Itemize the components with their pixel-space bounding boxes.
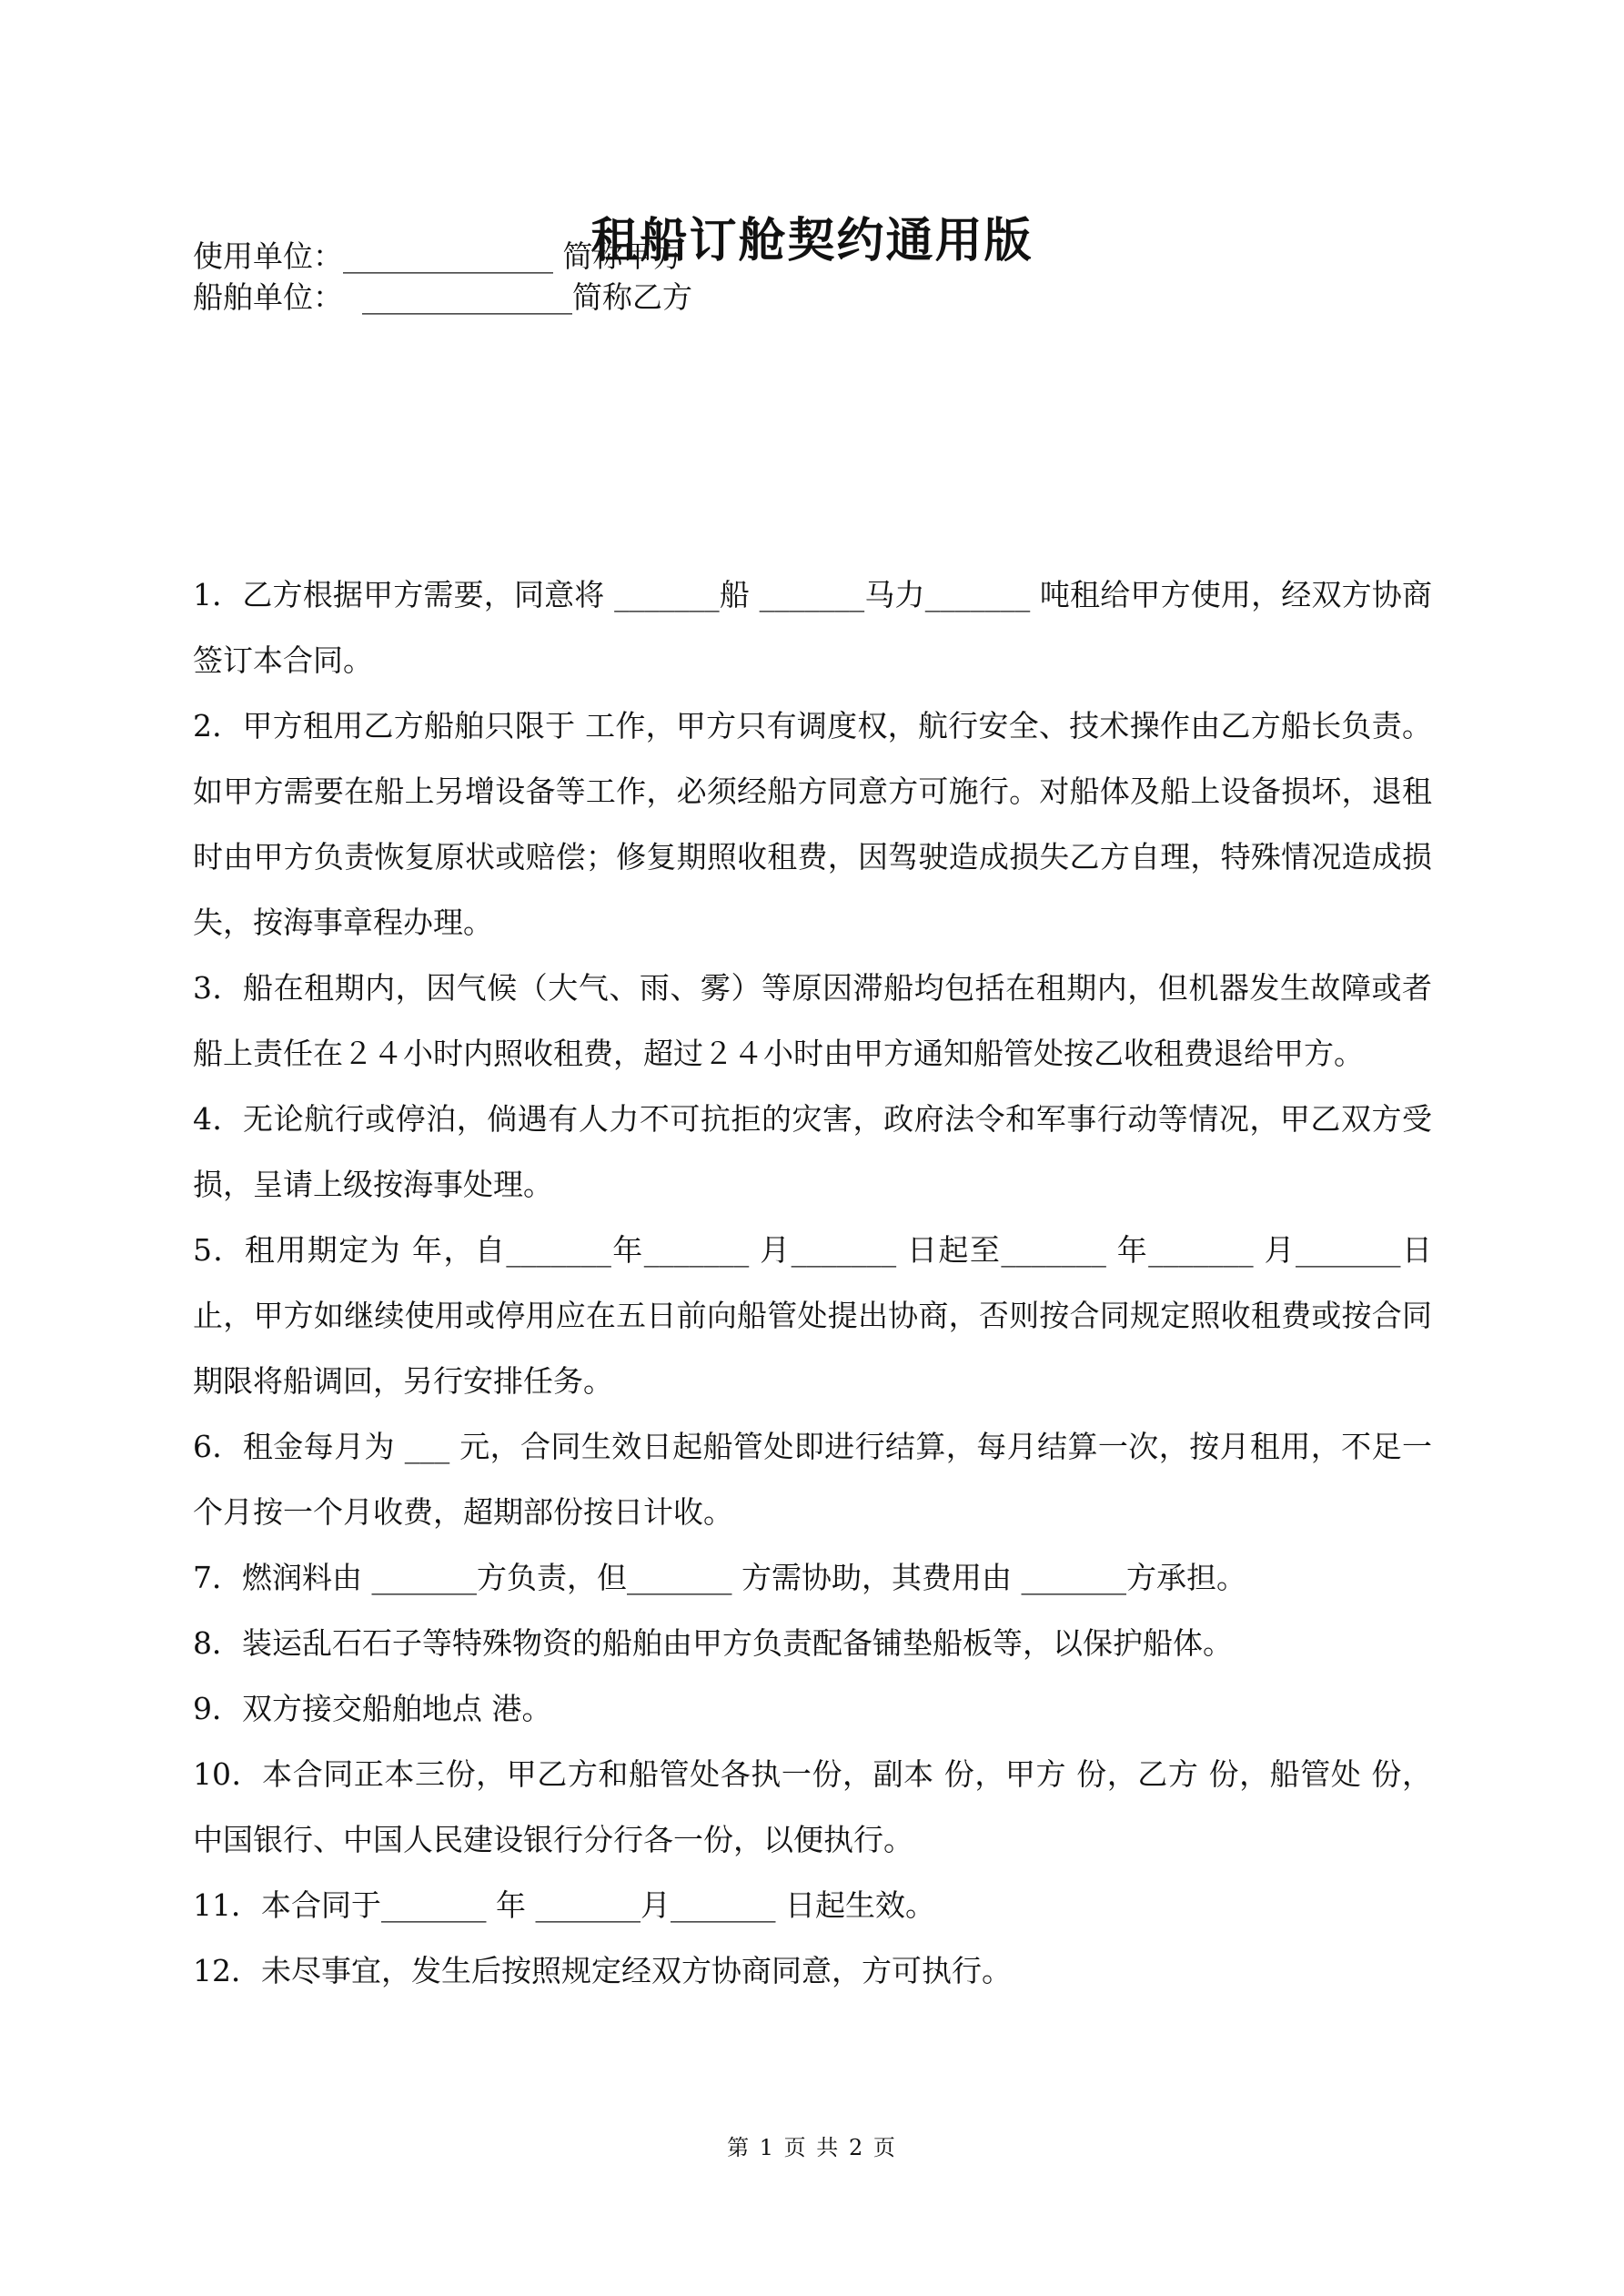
clause-text: 未尽事宜，发生后按照规定经双方协商同意，方可执行。: [261, 1953, 1012, 1988]
clause-number: 12．: [193, 1953, 261, 1988]
clause-number: 2．: [193, 708, 243, 743]
clause-10: 10．本合同正本三份，甲乙方和船管处各执一份，副本 份，甲方 份，乙方 份，船管…: [193, 1742, 1432, 1873]
clause-4: 4．无论航行或停泊，倘遇有人力不可抗拒的灾害，政府法令和军事行动等情况，甲乙双方…: [193, 1087, 1432, 1218]
clause-text: 装运乱石石子等特殊物资的船舶由甲方负责配备铺垫船板等，以保护船体。: [242, 1625, 1233, 1661]
clause-number: 6．: [193, 1429, 243, 1464]
party-suffix: 简称甲方: [553, 238, 683, 274]
party-blank: ______________: [343, 279, 572, 315]
clause-number: 7．: [193, 1560, 242, 1595]
clause-1: 1．乙方根据甲方需要，同意将 _______船 _______马力_______…: [193, 562, 1432, 693]
clause-2: 2．甲方租用乙方船舶只限于 工作，甲方只有调度权，航行安全、技术操作由乙方船长负…: [193, 693, 1432, 956]
clause-text: 乙方根据甲方需要，同意将 _______船 _______马力_______ 吨…: [193, 577, 1432, 678]
clause-number: 1．: [193, 577, 242, 612]
clause-text: 租用期定为 年，自_______年_______ 月_______ 日起至___…: [193, 1232, 1432, 1399]
clause-text: 无论航行或停泊，倘遇有人力不可抗拒的灾害，政府法令和军事行动等情况，甲乙双方受损…: [193, 1101, 1432, 1202]
clause-number: 3．: [193, 970, 243, 1006]
clause-3: 3．船在租期内，因气候（大气、雨、雾）等原因滞船均包括在租期内，但机器发生故障或…: [193, 956, 1432, 1087]
clause-text: 本合同于_______ 年 _______月_______ 日起生效。: [261, 1887, 935, 1923]
clause-number: 11．: [193, 1887, 261, 1923]
clause-8: 8．装运乱石石子等特殊物资的船舶由甲方负责配备铺垫船板等，以保护船体。: [193, 1611, 1432, 1676]
page-number: 第 1 页 共 2 页: [0, 2129, 1624, 2161]
clause-5: 5．租用期定为 年，自_______年_______ 月_______ 日起至_…: [193, 1218, 1432, 1414]
clause-number: 5．: [193, 1232, 245, 1268]
clause-text: 甲方租用乙方船舶只限于 工作，甲方只有调度权，航行安全、技术操作由乙方船长负责。…: [193, 708, 1432, 940]
clause-6: 6．租金每月为 ___ 元，合同生效日起船管处即进行结算，每月结算一次，按月租用…: [193, 1414, 1432, 1545]
clause-number: 4．: [193, 1101, 243, 1137]
party-blank: ______________: [343, 238, 553, 274]
clause-9: 9．双方接交船舶地点 港。: [193, 1676, 1432, 1742]
clause-text: 本合同正本三份，甲乙方和船管处各执一份，副本 份，甲方 份，乙方 份，船管处 份…: [193, 1756, 1432, 1857]
clause-11: 11．本合同于_______ 年 _______月_______ 日起生效。: [193, 1873, 1432, 1938]
party-user-unit: 使用单位：______________ 简称甲方: [193, 238, 683, 275]
party-suffix: 简称乙方: [572, 279, 692, 315]
party-label: 船舶单位：: [193, 279, 343, 315]
contract-body: 1．乙方根据甲方需要，同意将 _______船 _______马力_______…: [193, 562, 1432, 2004]
clause-number: 9．: [193, 1691, 242, 1726]
clause-text: 船在租期内，因气候（大气、雨、雾）等原因滞船均包括在租期内，但机器发生故障或者船…: [193, 970, 1432, 1071]
clause-text: 租金每月为 ___ 元，合同生效日起船管处即进行结算，每月结算一次，按月租用，不…: [193, 1429, 1432, 1530]
clause-text: 燃润料由 _______方负责，但_______ 方需协助，其费用由 _____…: [242, 1560, 1246, 1595]
clause-number: 10．: [193, 1756, 262, 1792]
party-label: 使用单位：: [193, 238, 343, 274]
clause-12: 12．未尽事宜，发生后按照规定经双方协商同意，方可执行。: [193, 1938, 1432, 2004]
clause-7: 7．燃润料由 _______方负责，但_______ 方需协助，其费用由 ___…: [193, 1545, 1432, 1611]
clause-number: 8．: [193, 1625, 242, 1661]
party-ship-unit: 船舶单位： ______________简称乙方: [193, 279, 692, 316]
clause-text: 双方接交船舶地点 港。: [242, 1691, 552, 1726]
